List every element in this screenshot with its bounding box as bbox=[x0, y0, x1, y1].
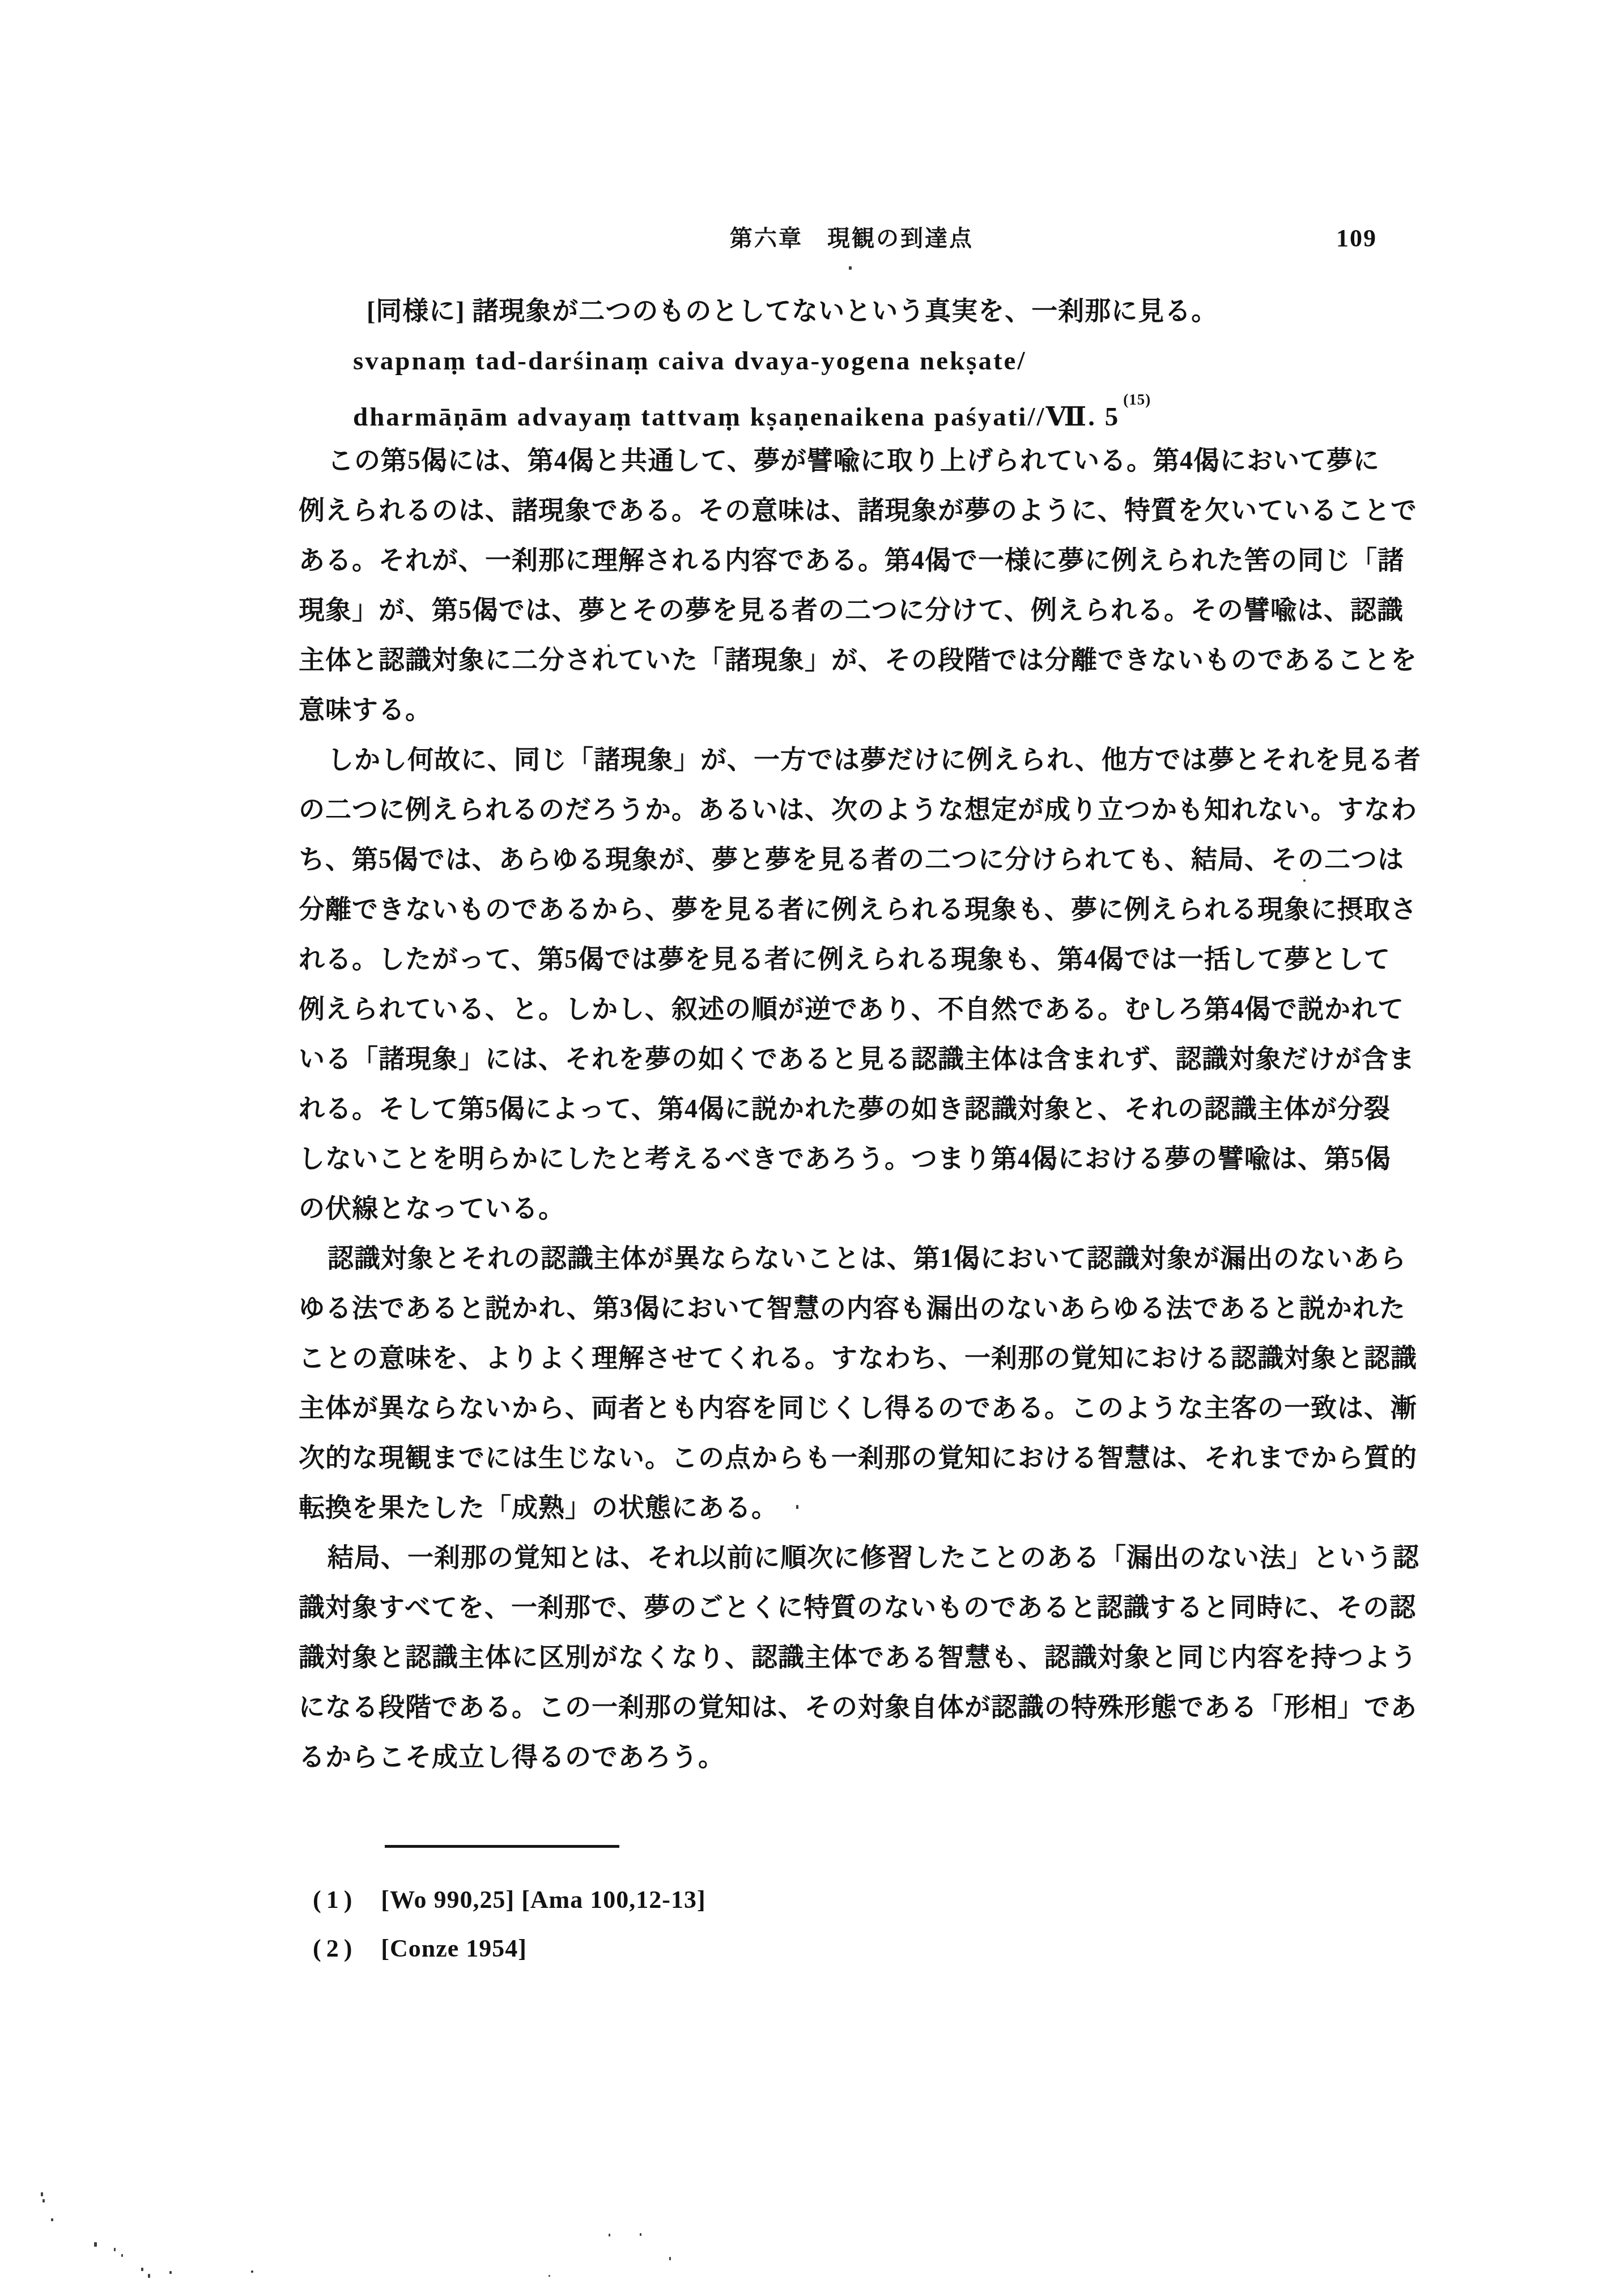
page-number: 109 bbox=[1336, 226, 1377, 252]
scan-speck bbox=[94, 2242, 97, 2247]
body-line: 主体と認識対象に二分されていた「諸現象」が、その段階では分離できないものであるこ… bbox=[299, 635, 1383, 685]
body-line: るからこそ成立し得るのであろう。 bbox=[299, 1732, 1383, 1782]
body-line: 例えられている、と。しかし、叙述の順が逆であり、不自然である。むしろ第4偈で説か… bbox=[299, 984, 1383, 1034]
scan-speck bbox=[1303, 879, 1306, 882]
body-line: しないことを明らかにしたと考えるべきであろう。つまり第4偈における夢の譬喩は、第… bbox=[299, 1134, 1383, 1184]
page-header: 第六章 現観の到達点 109 bbox=[0, 226, 1624, 260]
scan-speck bbox=[640, 2233, 641, 2236]
sanskrit-line-2-text: dharmāṇām advayaṃ tattvaṃ kṣaṇenaikena p… bbox=[353, 402, 1120, 432]
page-body: [同様に] 諸現象が二つのものとしてないという真実を、一刹那に見る。 svapn… bbox=[299, 286, 1383, 1782]
body-line: ことの意味を、よりよく理解させてくれる。すなわち、一刹那の覚知における認識対象と… bbox=[299, 1333, 1383, 1383]
scan-speck bbox=[41, 2192, 43, 2196]
body-line: 例えられるのは、諸現象である。その意味は、諸現象が夢のように、特質を欠いているこ… bbox=[299, 486, 1383, 535]
body-line: 次的な現観までには生じない。この点からも一刹那の覚知における智慧は、それまでから… bbox=[299, 1433, 1383, 1483]
scan-speck bbox=[42, 2199, 45, 2203]
footnote-1: (1)[Wo 990,25] [Ama 100,12-13] bbox=[313, 1876, 706, 1924]
footnote-separator-rule bbox=[385, 1845, 619, 1848]
footnote-1-text: [Wo 990,25] [Ama 100,12-13] bbox=[381, 1886, 705, 1914]
body-line: いる「諸現象」には、それを夢の如くであると見る認識主体は含まれず、認識対象だけが… bbox=[299, 1034, 1383, 1084]
chapter-heading: 第六章 現観の到達点 bbox=[730, 226, 973, 252]
body-line: 転換を果たした「成熟」の状態にある。 bbox=[299, 1483, 1383, 1533]
body-line: ゆる法であると説かれ、第3偈において智慧の内容も漏出のないあらゆる法であると説か… bbox=[299, 1283, 1383, 1333]
body-line: れる。そして第5偈によって、第4偈に説かれた夢の如き認識対象と、それの認識主体が… bbox=[299, 1084, 1383, 1134]
scan-speck bbox=[121, 2254, 123, 2257]
scan-speck bbox=[669, 2257, 671, 2260]
body-line: の二つに例えられるのだろうか。あるいは、次のような想定が成り立つかも知れない。す… bbox=[299, 785, 1383, 835]
body-line: 結局、一刹那の覚知とは、それ以前に順次に修習したことのある「漏出のない法」という… bbox=[299, 1533, 1383, 1583]
scan-speck bbox=[609, 2234, 610, 2237]
body-line: 現象」が、第5偈では、夢とその夢を見る者の二つに分けて、例えられる。その譬喩は、… bbox=[299, 585, 1383, 635]
scan-speck bbox=[169, 2271, 172, 2274]
footnote-2-label: (2) bbox=[313, 1924, 357, 1973]
body-line: の伏線となっている。 bbox=[299, 1184, 1383, 1234]
body-line: 識対象と認識主体に区別がなくなり、認識主体である智慧も、認識対象と同じ内容を持つ… bbox=[299, 1632, 1383, 1682]
verse-translation-line: [同様に] 諸現象が二つのものとしてないという真実を、一刹那に見る。 bbox=[299, 286, 1383, 336]
scan-speck bbox=[549, 2275, 550, 2277]
footnotes: (1)[Wo 990,25] [Ama 100,12-13] (2)[Conze… bbox=[313, 1876, 706, 1973]
body-line: 分離できないものであるから、夢を見る者に例えられる現象も、夢に例えられる現象に摂… bbox=[299, 885, 1383, 934]
sanskrit-line-1: svapnaṃ tad-darśinaṃ caiva dvaya-yogena … bbox=[299, 336, 1383, 386]
scan-speck bbox=[607, 644, 610, 647]
footnote-2: (2)[Conze 1954] bbox=[313, 1924, 706, 1973]
body-line: 認識対象とそれの認識主体が異ならないことは、第1偈において認識対象が漏出のないあ… bbox=[299, 1234, 1383, 1283]
verse-note-reference: (15) bbox=[1123, 391, 1151, 408]
body-line: この第5偈には、第4偈と共通して、夢が譬喩に取り上げられている。第4偈において夢… bbox=[299, 436, 1383, 486]
scan-speck bbox=[51, 2218, 53, 2221]
body-line: 意味する。 bbox=[299, 685, 1383, 735]
scan-speck bbox=[114, 2248, 116, 2251]
body-line: しかし何故に、同じ「諸現象」が、一方では夢だけに例えられ、他方では夢とそれを見る… bbox=[299, 735, 1383, 785]
scan-speck bbox=[796, 1505, 798, 1509]
footnote-2-text: [Conze 1954] bbox=[381, 1934, 527, 1962]
body-line: 主体が異ならないから、両者とも内容を同じくし得るのである。このような主客の一致は… bbox=[299, 1383, 1383, 1433]
sanskrit-line-2: dharmāṇām advayaṃ tattvaṃ kṣaṇenaikena p… bbox=[299, 386, 1383, 436]
scan-speck bbox=[141, 2268, 143, 2271]
scan-speck bbox=[251, 2271, 253, 2273]
scan-speck bbox=[849, 266, 852, 270]
body-line: になる段階である。この一刹那の覚知は、その対象自体が認識の特殊形態である「形相」… bbox=[299, 1682, 1383, 1732]
scan-speck bbox=[148, 2274, 150, 2278]
footnote-1-label: (1) bbox=[313, 1876, 357, 1924]
body-line: ある。それが、一刹那に理解される内容である。第4偈で一様に夢に例えられた筈の同じ… bbox=[299, 535, 1383, 585]
scanned-book-page: 第六章 現観の到達点 109 [同様に] 諸現象が二つのものとしてないという真実… bbox=[0, 0, 1624, 2296]
body-line: れる。したがって、第5偈では夢を見る者に例えられる現象も、第4偈では一括して夢と… bbox=[299, 934, 1383, 984]
body-line: 識対象すべてを、一刹那で、夢のごとくに特質のないものであると認識すると同時に、そ… bbox=[299, 1583, 1383, 1632]
body-line: ち、第5偈では、あらゆる現象が、夢と夢を見る者の二つに分けられても、結局、その二… bbox=[299, 835, 1383, 885]
